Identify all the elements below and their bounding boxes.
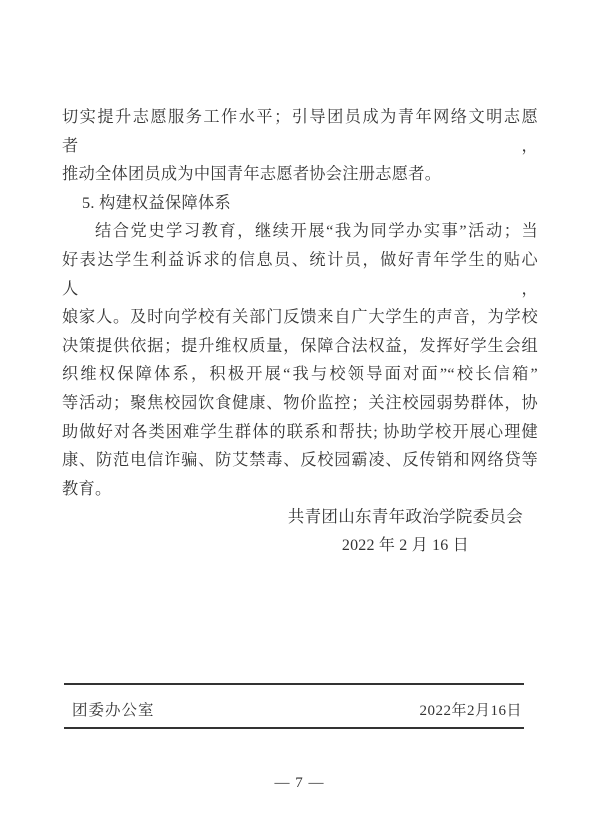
footer-rule-top xyxy=(64,683,524,685)
document-page: 切实提升志愿服务工作水平；引导团员成为青年网络文明志愿者，推动全体团员成为中国青… xyxy=(0,0,599,829)
body-text: 切实提升志愿服务工作水平；引导团员成为青年网络文明志愿者，推动全体团员成为中国青… xyxy=(62,103,538,503)
body-line: 教育。 xyxy=(62,475,538,504)
body-line: 等活动；聚焦校园饮食健康、物价监控；关注校园弱势群体，协 xyxy=(62,389,538,418)
body-line: 康、防范电信诈骗、防艾禁毒、反校园霸凌、反传销和网络贷等 xyxy=(62,446,538,475)
body-line: 助做好对各类困难学生群体的联系和帮扶; 协助学校开展心理健 xyxy=(62,418,538,447)
signature-org: 共青团山东青年政治学院委员会 xyxy=(288,506,523,528)
body-line: 5. 构建权益保障体系 xyxy=(62,189,538,218)
body-line: 切实提升志愿服务工作水平；引导团员成为青年网络文明志愿者， xyxy=(62,103,538,160)
footer-rule-bottom xyxy=(64,727,524,729)
body-line: 好表达学生利益诉求的信息员、统计员，做好青年学生的贴心人， xyxy=(62,246,538,303)
body-line: 结合党史学习教育，继续开展“我为同学办实事”活动；当 xyxy=(62,217,538,246)
body-line: 娘家人。及时向学校有关部门反馈来自广大学生的声音，为学校 xyxy=(62,303,538,332)
body-line: 织维权保障体系，积极开展“我与校领导面对面”“校长信箱” xyxy=(62,360,538,389)
page-number: — 7 — xyxy=(0,775,599,792)
body-line: 决策提供依据；提升维权质量，保障合法权益，发挥好学生会组 xyxy=(62,332,538,361)
footer-date-label: 2022年2月16日 xyxy=(419,699,524,720)
signature-date: 2022 年 2 月 16 日 xyxy=(288,536,523,556)
body-line: 推动全体团员成为中国青年志愿者协会注册志愿者。 xyxy=(62,160,538,189)
signature-block: 共青团山东青年政治学院委员会 2022 年 2 月 16 日 xyxy=(288,506,523,556)
footer-office-label: 团委办公室 xyxy=(64,698,155,720)
footer-row: 团委办公室 2022年2月16日 xyxy=(64,698,524,720)
